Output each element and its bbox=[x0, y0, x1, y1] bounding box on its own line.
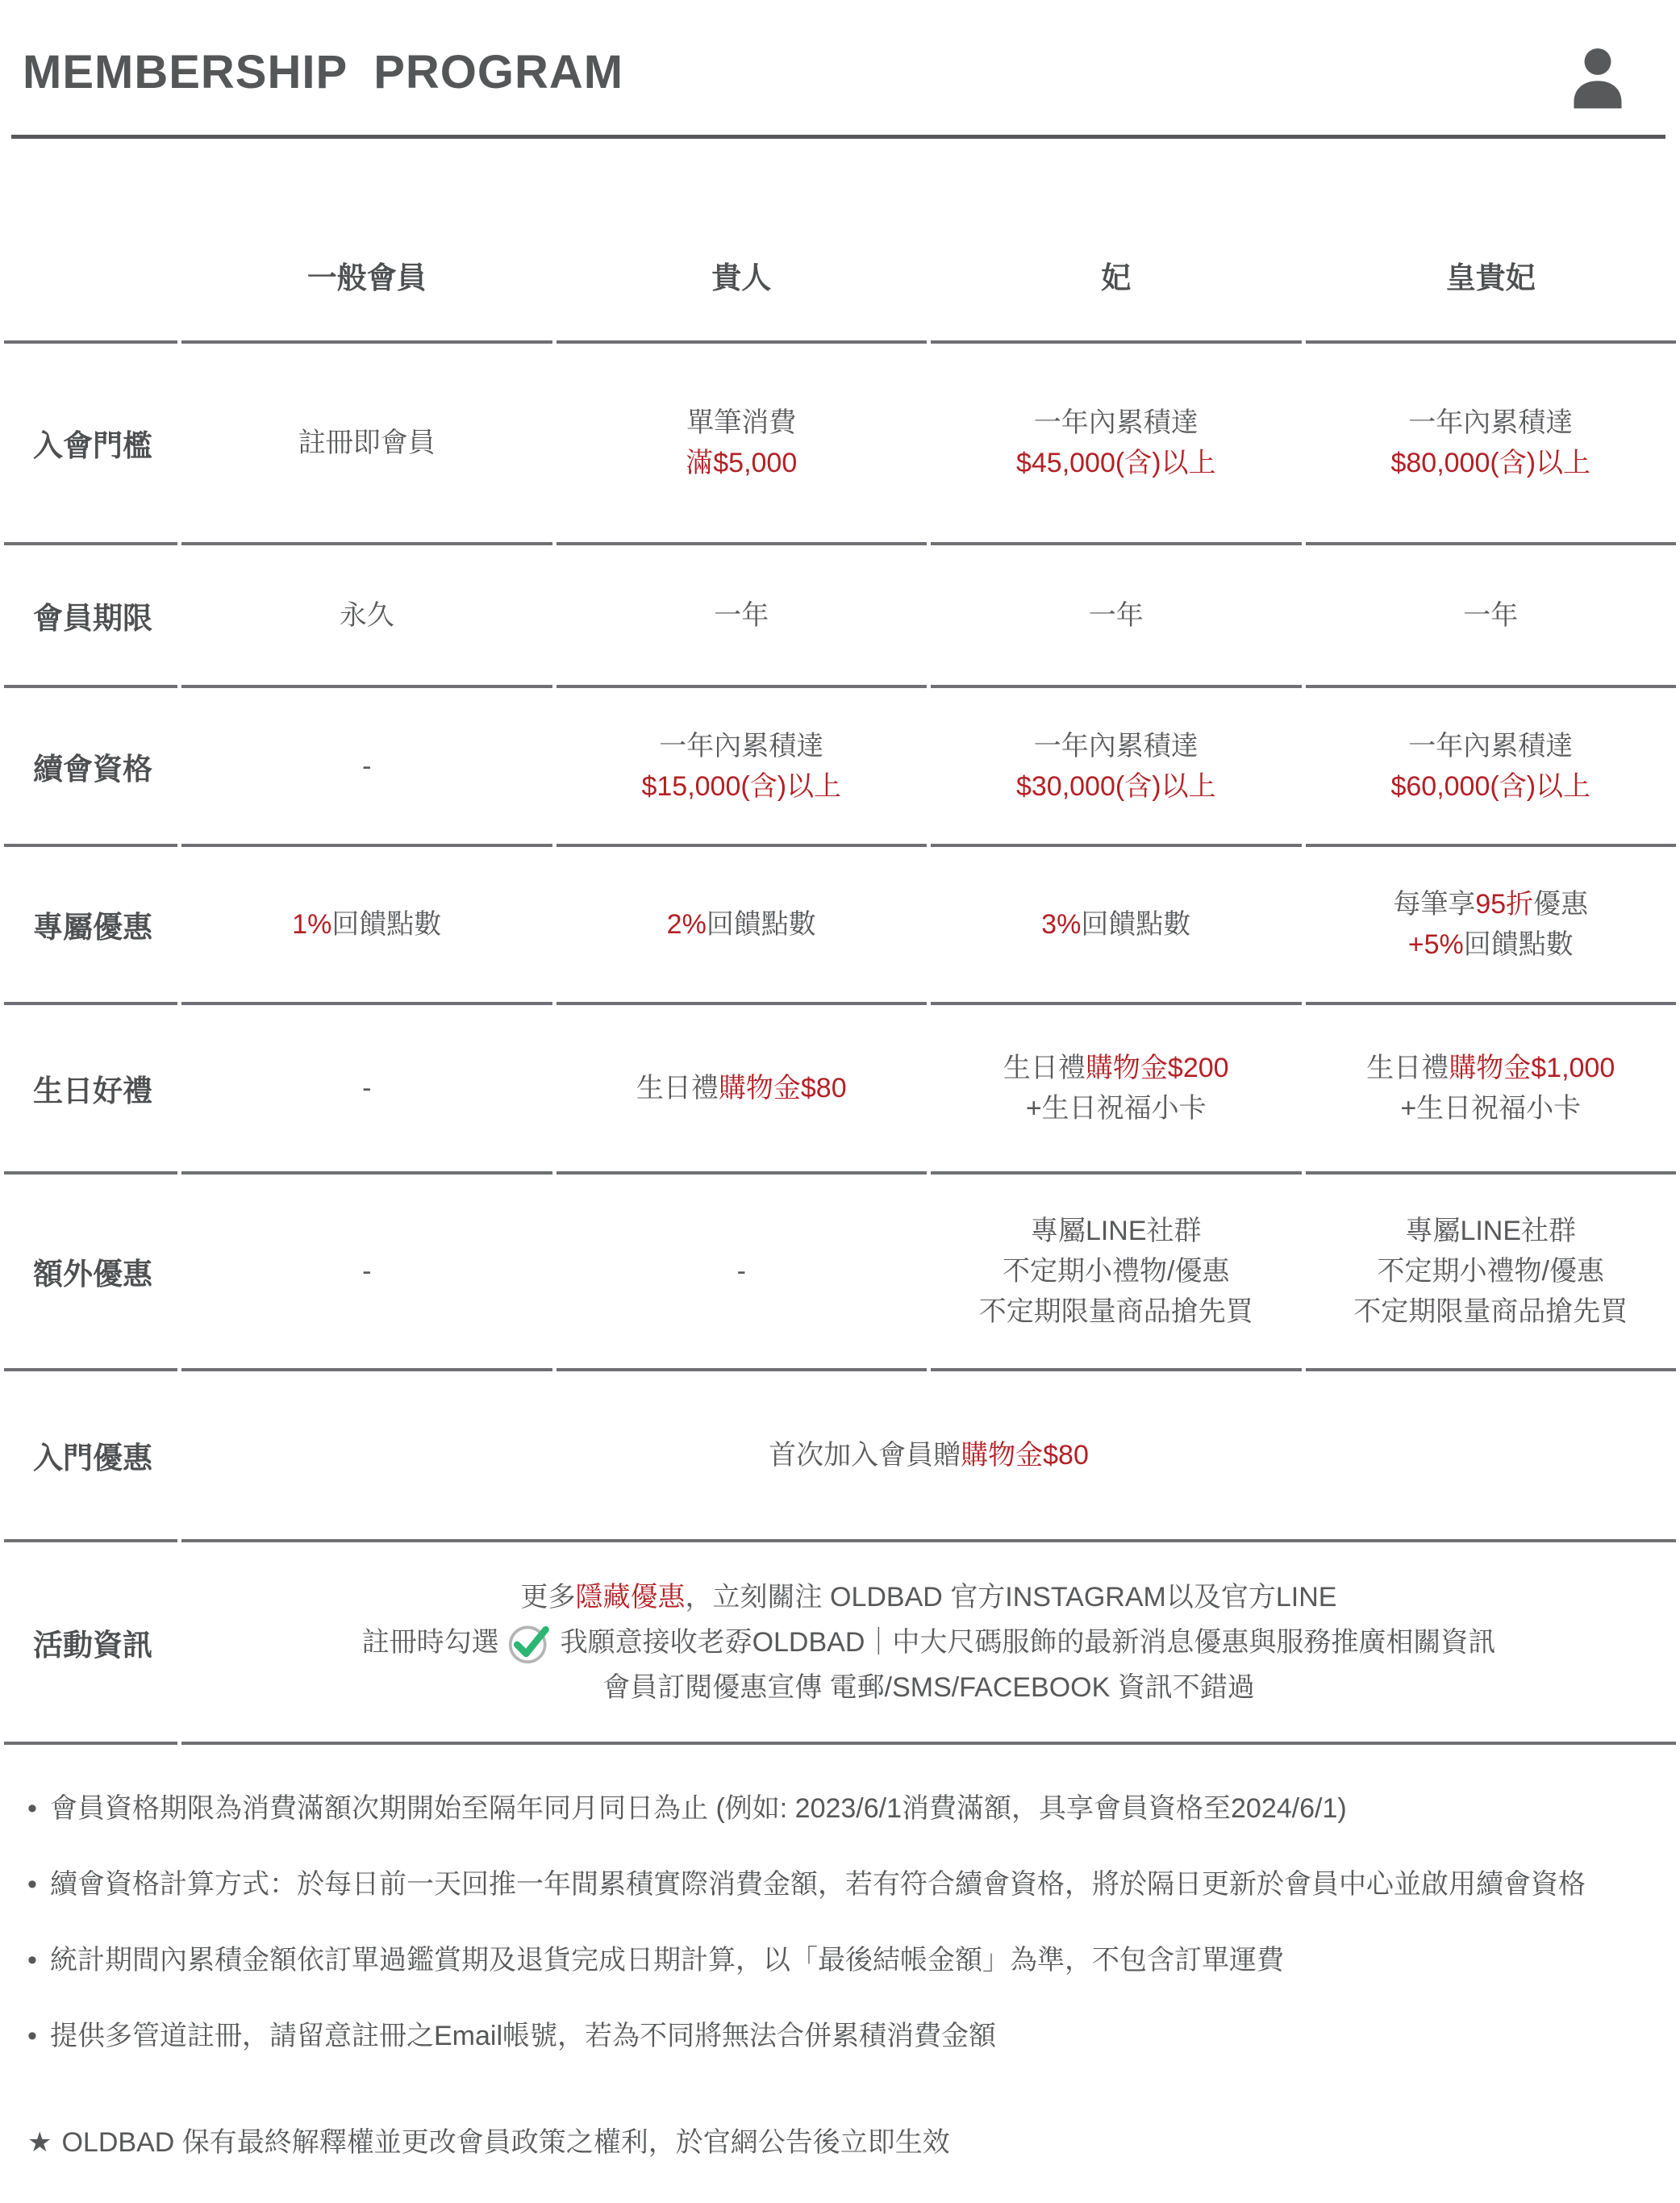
table-row-welcome-offer: 入門優惠 首次加入會員贈購物金$80 bbox=[4, 1371, 1676, 1542]
table-cell: - bbox=[557, 1175, 928, 1371]
disclaimer: ★OLDBAD 保有最終解釋權並更改會員政策之權利，於官網公告後立即生效 bbox=[27, 2124, 1648, 2161]
table-cell: - bbox=[181, 688, 552, 847]
tier-header-fei: 妃 bbox=[931, 139, 1302, 344]
note-item: •提供多管道註冊，請留意註冊之Email帳號，若為不同將無法合併累積消費金額 bbox=[27, 2017, 1648, 2055]
row-label: 入門優惠 bbox=[4, 1371, 177, 1542]
table-cell: 2%回饋點數 bbox=[557, 847, 928, 1005]
table-row-exclusive-benefits: 專屬優惠 1%回饋點數 2%回饋點數 3%回饋點數 每筆享95折優惠 +5%回饋… bbox=[4, 847, 1676, 1005]
row-label: 活動資訊 bbox=[4, 1542, 177, 1745]
tier-header-guiren: 貴人 bbox=[557, 139, 928, 344]
note-item: •續會資格計算方式：於每日前一天回推一年間累積實際消費金額，若有符合續會資格，將… bbox=[27, 1866, 1648, 1903]
table-cell: 一年內累積達 $45,000(含)以上 bbox=[931, 344, 1302, 545]
title-rule bbox=[11, 135, 1665, 139]
table-cell: 專屬LINE社群 不定期小禮物/優惠 不定期限量商品搶先買 bbox=[1306, 1175, 1677, 1371]
table-cell: 一年內累積達 $30,000(含)以上 bbox=[931, 688, 1302, 847]
bullet-icon: • bbox=[27, 1866, 37, 1903]
tier-header-huangguifei: 皇貴妃 bbox=[1306, 139, 1677, 344]
table-cell: 註冊即會員 bbox=[181, 344, 552, 545]
row-label: 額外優惠 bbox=[4, 1175, 177, 1371]
row-label: 專屬優惠 bbox=[4, 847, 177, 1005]
table-cell: 一年內累積達 $15,000(含)以上 bbox=[557, 688, 928, 847]
row-label: 生日好禮 bbox=[4, 1005, 177, 1175]
check-icon bbox=[507, 1620, 552, 1665]
bullet-icon: • bbox=[27, 2017, 37, 2055]
row-label: 入會門檻 bbox=[4, 344, 177, 545]
note-item: •會員資格期限為消費滿額次期開始至隔年同月同日為止 (例如: 2023/6/1消… bbox=[27, 1790, 1648, 1827]
row-label: 續會資格 bbox=[4, 688, 177, 847]
person-icon bbox=[1561, 40, 1635, 115]
table-row-extra-benefits: 額外優惠 - - 專屬LINE社群 不定期小禮物/優惠 不定期限量商品搶先買 專… bbox=[4, 1175, 1676, 1371]
bullet-icon: • bbox=[27, 1942, 37, 1979]
table-row-renewal-qualification: 續會資格 - 一年內累積達 $15,000(含)以上 一年內累積達 $30,00… bbox=[4, 688, 1676, 847]
table-cell: 生日禮購物金$1,000 +生日祝福小卡 bbox=[1306, 1005, 1677, 1175]
star-icon: ★ bbox=[27, 2127, 52, 2158]
table-cell: 每筆享95折優惠 +5%回饋點數 bbox=[1306, 847, 1677, 1005]
note-text: 提供多管道註冊，請留意註冊之Email帳號，若為不同將無法合併累積消費金額 bbox=[50, 2021, 996, 2051]
activity-info-cell: 更多隱藏優惠，立刻關注 OLDBAD 官方INSTAGRAM以及官方LINE 註… bbox=[181, 1542, 1676, 1745]
table-cell: 3%回饋點數 bbox=[931, 847, 1302, 1005]
membership-page: MEMBERSHIP PROGRAM 一般會員 貴人 妃 皇貴妃 入會門檻 bbox=[0, 0, 1680, 2203]
table-cell: 一年內累積達 $80,000(含)以上 bbox=[1306, 344, 1677, 545]
table-row-birthday-gift: 生日好禮 - 生日禮購物金$80 生日禮購物金$200 +生日祝福小卡 生日禮購… bbox=[4, 1005, 1676, 1175]
table-cell: 一年 bbox=[931, 545, 1302, 688]
table-row-activity-info: 活動資訊 更多隱藏優惠，立刻關注 OLDBAD 官方INSTAGRAM以及官方L… bbox=[4, 1542, 1676, 1745]
tier-header-regular: 一般會員 bbox=[181, 139, 552, 344]
disclaimer-text: OLDBAD 保有最終解釋權並更改會員政策之權利，於官網公告後立即生效 bbox=[61, 2127, 949, 2158]
welcome-offer-cell: 首次加入會員贈購物金$80 bbox=[181, 1371, 1676, 1542]
table-cell: 生日禮購物金$200 +生日祝福小卡 bbox=[931, 1005, 1302, 1175]
table-cell: - bbox=[181, 1175, 552, 1371]
note-text: 統計期間內累積金額依訂單過鑑賞期及退貨完成日期計算，以「最後結帳金額」為準，不包… bbox=[50, 1945, 1284, 1976]
bullet-icon: • bbox=[27, 1790, 37, 1827]
membership-table: 一般會員 貴人 妃 皇貴妃 入會門檻 註冊即會員 單筆消費 滿$5,000 一年… bbox=[0, 139, 1680, 1745]
note-text: 續會資格計算方式：於每日前一天回推一年間累積實際消費金額，若有符合續會資格，將於… bbox=[50, 1869, 1586, 1900]
table-row-join-threshold: 入會門檻 註冊即會員 單筆消費 滿$5,000 一年內累積達 $45,000(含… bbox=[4, 344, 1676, 545]
tier-header-empty bbox=[4, 139, 177, 344]
table-cell: 專屬LINE社群 不定期小禮物/優惠 不定期限量商品搶先買 bbox=[931, 1175, 1302, 1371]
table-cell: 一年 bbox=[557, 545, 928, 688]
table-cell: 一年 bbox=[1306, 545, 1677, 688]
note-text: 會員資格期限為消費滿額次期開始至隔年同月同日為止 (例如: 2023/6/1消費… bbox=[50, 1793, 1347, 1824]
tier-header-row: 一般會員 貴人 妃 皇貴妃 bbox=[4, 139, 1676, 344]
table-row-membership-period: 會員期限 永久 一年 一年 一年 bbox=[4, 545, 1676, 688]
note-item: •統計期間內累積金額依訂單過鑑賞期及退貨完成日期計算，以「最後結帳金額」為準，不… bbox=[27, 1942, 1648, 1979]
table-cell: - bbox=[181, 1005, 552, 1175]
page-title: MEMBERSHIP PROGRAM bbox=[23, 45, 623, 99]
table-cell: 單筆消費 滿$5,000 bbox=[557, 344, 928, 545]
notes-section: •會員資格期限為消費滿額次期開始至隔年同月同日為止 (例如: 2023/6/1消… bbox=[0, 1745, 1680, 2161]
table-cell: 永久 bbox=[181, 545, 552, 688]
table-cell: 生日禮購物金$80 bbox=[557, 1005, 928, 1175]
page-header: MEMBERSHIP PROGRAM bbox=[0, 0, 1680, 139]
table-cell: 一年內累積達 $60,000(含)以上 bbox=[1306, 688, 1677, 847]
table-cell: 1%回饋點數 bbox=[181, 847, 552, 1005]
row-label: 會員期限 bbox=[4, 545, 177, 688]
